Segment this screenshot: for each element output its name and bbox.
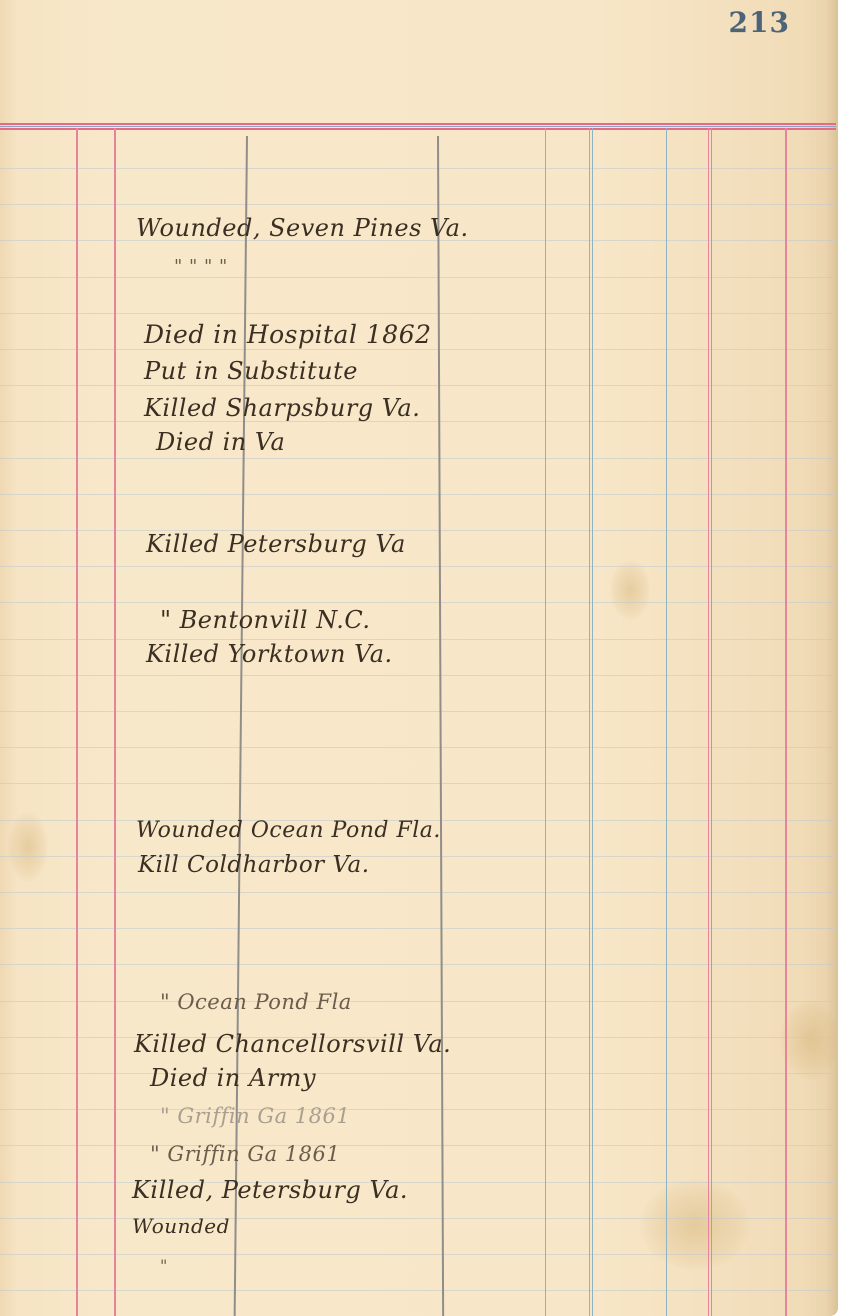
entry-4: Put in Substitute <box>144 357 358 385</box>
entry-5: Killed Sharpsburg Va. <box>144 394 420 422</box>
entry-8: " Bentonvill N.C. <box>160 606 370 634</box>
entry-9: Killed Yorktown Va. <box>146 640 393 668</box>
entry-14: Died in Army <box>150 1064 316 1092</box>
entry-13: Killed Chancellorsvill Va. <box>134 1030 451 1058</box>
entry-2: " " " " <box>174 256 228 277</box>
entry-7: Killed Petersburg Va <box>146 530 406 558</box>
entry-12: " Ocean Pond Fla <box>160 990 352 1014</box>
entry-19: " <box>160 1256 168 1275</box>
ledger-entries: Wounded, Seven Pines Va. " " " " Died in… <box>0 0 846 1316</box>
entry-3: Died in Hospital 1862 <box>144 320 432 349</box>
entry-10: Wounded Ocean Pond Fla. <box>136 818 441 843</box>
entry-11: Kill Coldharbor Va. <box>138 852 370 878</box>
entry-18: Wounded <box>132 1214 230 1238</box>
entry-17: Killed, Petersburg Va. <box>132 1176 408 1204</box>
entry-1: Wounded, Seven Pines Va. <box>136 214 469 242</box>
entry-16: " Griffin Ga 1861 <box>150 1142 340 1166</box>
entry-6: Died in Va <box>156 428 285 456</box>
entry-15: " Griffin Ga 1861 <box>160 1104 350 1128</box>
